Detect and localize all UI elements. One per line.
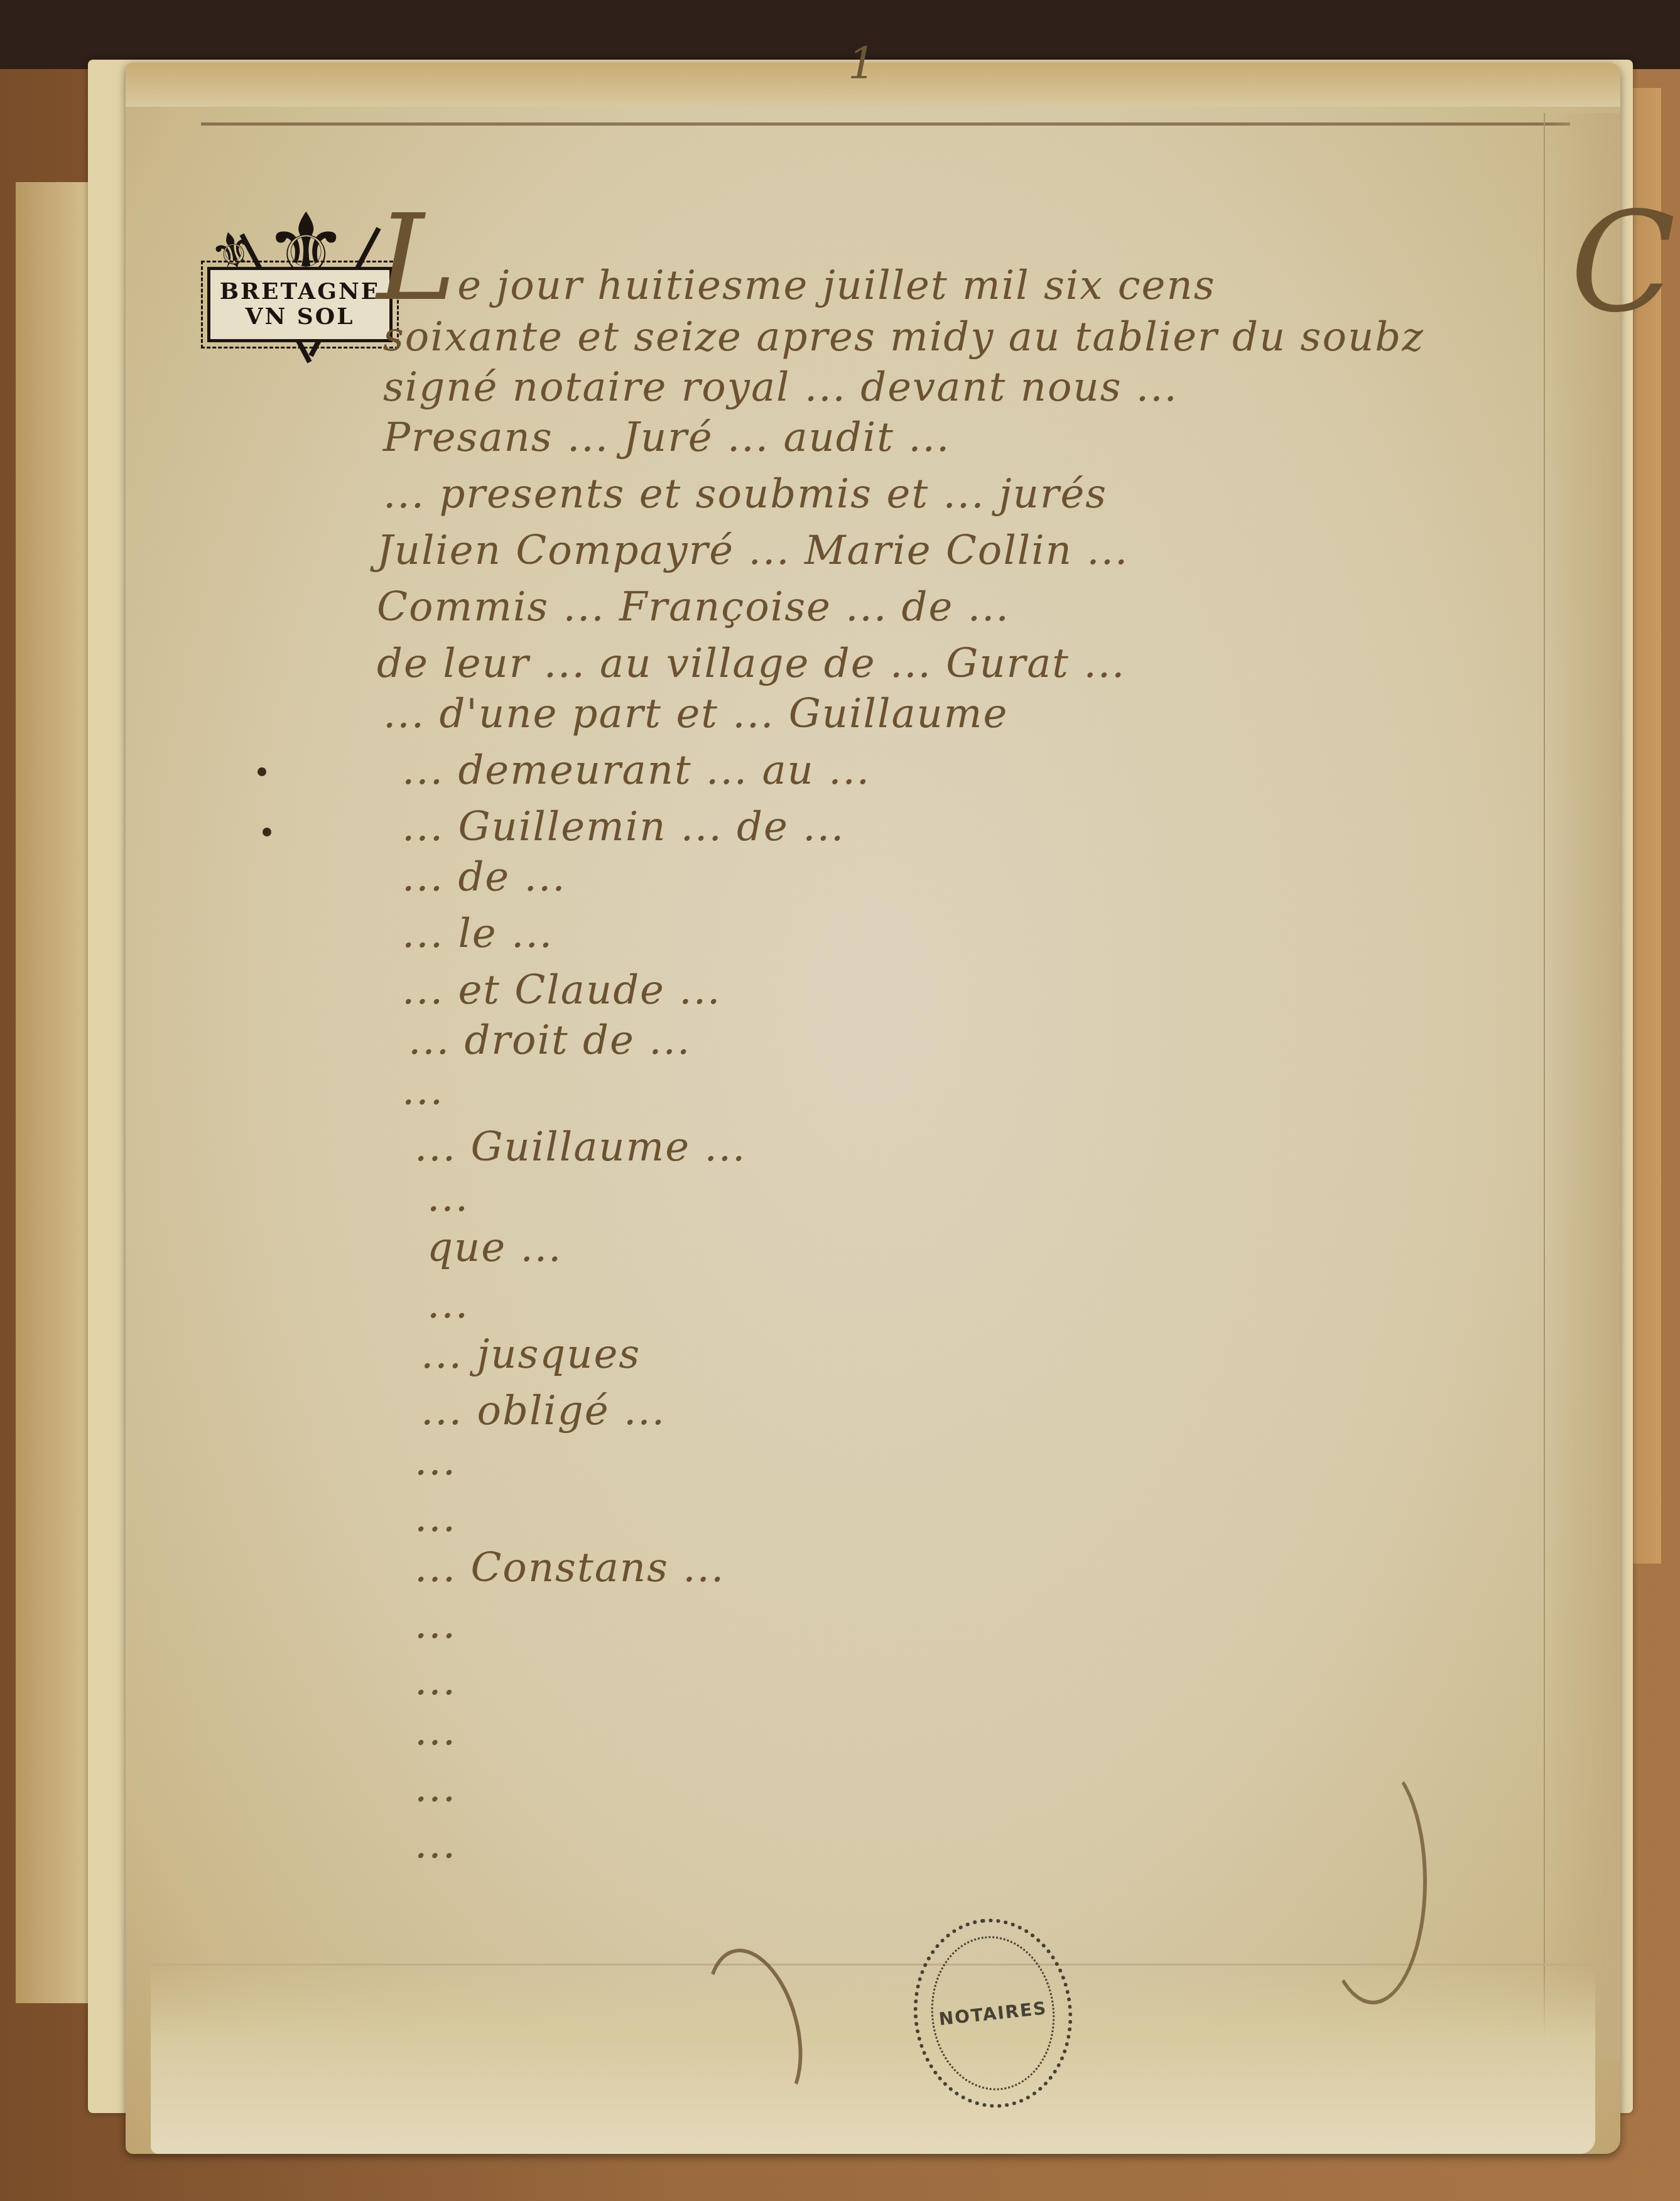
text-line: ... Guillemin ... de ... — [402, 804, 845, 850]
text-line: Commis ... Françoise ... de ... — [377, 584, 1010, 630]
text-line: ... presents et soubmis et ... jurés — [383, 471, 1107, 517]
text-line: ... — [427, 1174, 469, 1221]
text-line: ... — [415, 1708, 457, 1755]
text-line: ... de ... — [402, 854, 566, 900]
text-line: ... jusques — [421, 1331, 641, 1378]
text-line: ... droit de ... — [408, 1017, 691, 1064]
text-line: ... le ... — [402, 911, 553, 957]
text-line: ... et Claude ... — [402, 967, 721, 1014]
text-line: Presans ... Juré ... audit ... — [383, 414, 950, 461]
text-line: signé notaire royal ... devant nous ... — [383, 364, 1178, 411]
text-line: ... — [415, 1821, 457, 1868]
ink-blot — [263, 828, 271, 836]
text-line: ... Constans ... — [415, 1545, 725, 1591]
text-line: ... d'une part et ... Guillaume — [383, 691, 1008, 737]
text-line: ... — [415, 1438, 457, 1484]
text-line: soixante et seize apres midy au tablier … — [383, 314, 1424, 360]
text-line: ... — [415, 1495, 457, 1541]
text-line: ... — [415, 1765, 457, 1811]
text-line: ... — [402, 1068, 444, 1114]
ink-blot — [257, 767, 266, 776]
text-line: ... Guillaume ... — [415, 1124, 746, 1171]
text-line: que ... — [427, 1225, 562, 1271]
text-line: Le jour huitiesme juillet mil six cens — [377, 188, 1216, 327]
text-line: Julien Compayré ... Marie Collin ... — [377, 527, 1129, 574]
signature-flourish — [1319, 1758, 1427, 2004]
text-line: ... — [415, 1658, 457, 1704]
text-line: ... — [415, 1601, 457, 1648]
text-line: de leur ... au village de ... Gurat ... — [377, 641, 1125, 687]
handwritten-text: Le jour huitiesme juillet mil six cens s… — [0, 0, 1680, 2201]
text-line: ... — [427, 1281, 469, 1328]
text-line: ... demeurant ... au ... — [402, 747, 870, 794]
archive-stamp-inner-ring — [924, 1930, 1063, 2096]
text-line: ... obligé ... — [421, 1388, 666, 1434]
